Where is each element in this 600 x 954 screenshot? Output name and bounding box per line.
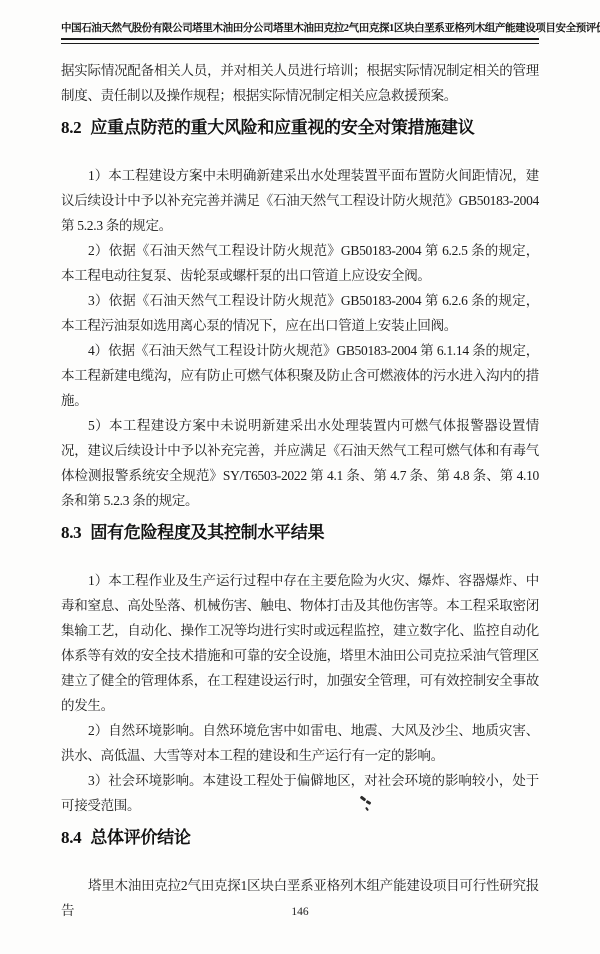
section-heading-8-4: 8.4总体评价结论 xyxy=(61,826,539,849)
paragraph: 2）自然环境影响。自然环境危害中如雷电、地震、大风及沙尘、地质灾害、洪水、高低温… xyxy=(61,718,539,768)
page-number: 146 xyxy=(0,906,600,918)
section-number: 8.2 xyxy=(61,118,81,137)
section-number: 8.4 xyxy=(61,828,81,847)
header-divider-bottom xyxy=(61,43,539,44)
paragraph: 3）社会环境影响。本建设工程处于偏僻地区，对社会环境的影响较小，处于可接受范围。 xyxy=(61,768,539,818)
paragraph: 5）本工程建设方案中未说明新建采出水处理装置内可燃气体报警器设置情况，建议后续设… xyxy=(61,413,539,513)
header-divider-top xyxy=(61,38,539,40)
section-number: 8.3 xyxy=(61,523,81,542)
ink-speck-artifact xyxy=(358,793,374,815)
section-title: 固有危险程度及其控制水平结果 xyxy=(90,523,324,542)
section-heading-8-3: 8.3固有危险程度及其控制水平结果 xyxy=(61,521,539,544)
section-title: 总体评价结论 xyxy=(90,828,190,847)
document-body: 据实际情况配备相关人员，并对相关人员进行培训；根据实际情况制定相关的管理制度、责… xyxy=(61,58,539,923)
section-title: 应重点防范的重大风险和应重视的安全对策措施建议 xyxy=(90,118,474,137)
paragraph: 2）依据《石油天然气工程设计防火规范》GB50183-2004 第 6.2.5 … xyxy=(61,238,539,288)
header-title: 中国石油天然气股份有限公司塔里木油田分公司塔里木油田克拉2气田克探1区块白垩系亚… xyxy=(61,20,539,38)
page-header: 中国石油天然气股份有限公司塔里木油田分公司塔里木油田克拉2气田克探1区块白垩系亚… xyxy=(61,20,539,44)
document-page: 中国石油天然气股份有限公司塔里木油田分公司塔里木油田克拉2气田克探1区块白垩系亚… xyxy=(0,0,600,954)
paragraph: 4）依据《石油天然气工程设计防火规范》GB50183-2004 第 6.1.14… xyxy=(61,338,539,413)
page-content-area: 中国石油天然气股份有限公司塔里木油田分公司塔里木油田克拉2气田克探1区块白垩系亚… xyxy=(0,0,600,923)
paragraph: 1）本工程建设方案中未明确新建采出水处理装置平面布置防火间距情况，建议后续设计中… xyxy=(61,163,539,238)
intro-paragraph: 据实际情况配备相关人员，并对相关人员进行培训；根据实际情况制定相关的管理制度、责… xyxy=(61,58,539,108)
section-heading-8-2: 8.2应重点防范的重大风险和应重视的安全对策措施建议 xyxy=(61,116,539,139)
paragraph: 3）依据《石油天然气工程设计防火规范》GB50183-2004 第 6.2.6 … xyxy=(61,288,539,338)
paragraph: 1）本工程作业及生产运行过程中存在主要危险为火灾、爆炸、容器爆炸、中毒和窒息、高… xyxy=(61,568,539,718)
